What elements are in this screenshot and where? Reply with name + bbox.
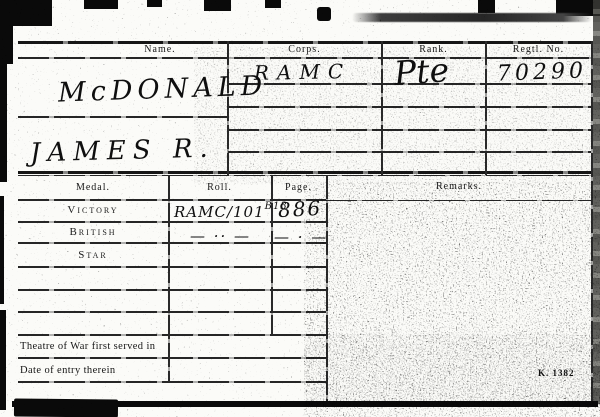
section-divider-inner [18, 175, 592, 176]
medal-row-british-label: British [18, 226, 168, 238]
victory-page-handwriting: 886 [277, 196, 322, 222]
regimental-number-handwriting: 70290 [497, 58, 588, 86]
surname-handwriting: McDONALD [58, 70, 268, 108]
medal-row-line [18, 289, 326, 291]
british-page-ditto-mark: — · — [274, 228, 322, 246]
scan-artifact-top-dash [84, 0, 118, 9]
scan-artifact-top-dash [265, 0, 281, 8]
scan-artifact-smudge [352, 13, 592, 22]
page-column-header: Page. [271, 182, 326, 193]
entry-row-line [228, 151, 591, 153]
medal-row-line [18, 311, 326, 313]
medal-column-header: Medal. [18, 182, 168, 193]
medal-row-line [18, 334, 326, 336]
page-remarks-divider [326, 175, 328, 402]
medal-index-card-scan: Name. Corps. Rank. Regtl. No. Medal. Rol… [0, 0, 600, 417]
theatre-of-war-label: Theatre of War first served in [20, 341, 155, 352]
medal-row-victory-label: Victory [18, 204, 168, 216]
rank-handwriting: Pte [393, 50, 451, 93]
remarks-column-header: Remarks. [326, 181, 592, 192]
header-underline [18, 57, 592, 59]
roll-page-divider [271, 175, 273, 335]
remarks-underline [326, 200, 592, 201]
medal-row-line [18, 266, 326, 268]
medal-roll-divider [168, 175, 170, 382]
scan-artifact-right-edge [593, 0, 600, 404]
scan-artifact-top-dash [204, 0, 231, 11]
roll-column-header: Roll. [168, 182, 271, 193]
theatre-row-line [18, 357, 326, 359]
form-code: K. 1382 [538, 368, 575, 378]
entry-row-line [228, 129, 591, 131]
victory-roll-handwriting: RAMC/101B13 [174, 203, 288, 221]
regtl-no-column-header: Regtl. No. [486, 44, 591, 55]
entry-row-line [228, 106, 591, 108]
forenames-handwriting: JAMES R. [30, 134, 215, 169]
corps-handwriting: RAMC [240, 59, 365, 85]
name-corps-divider [227, 41, 229, 175]
medal-row-star-label: Star [18, 249, 168, 261]
scan-artifact-bottom-blob [14, 398, 118, 417]
victory-roll-ref: RAMC/101 [174, 203, 265, 221]
section-divider [18, 171, 592, 174]
corps-rank-divider [381, 41, 383, 175]
name-row-divider [18, 116, 227, 118]
scan-artifact-left-edge [0, 60, 7, 182]
british-roll-ditto-mark: — ·· — [178, 227, 263, 245]
scan-artifact-blot [317, 7, 331, 21]
scan-artifact-left-edge [0, 196, 4, 304]
corps-column-header: Corps. [228, 44, 381, 55]
date-row-line [18, 381, 326, 383]
scan-artifact-left-edge [0, 0, 13, 64]
scan-artifact-top-dash [147, 0, 162, 7]
scan-artifact-top-dash [478, 0, 495, 13]
rank-regno-divider [485, 41, 487, 175]
date-of-entry-label: Date of entry therein [20, 365, 116, 376]
scan-artifact-left-edge [0, 310, 6, 410]
